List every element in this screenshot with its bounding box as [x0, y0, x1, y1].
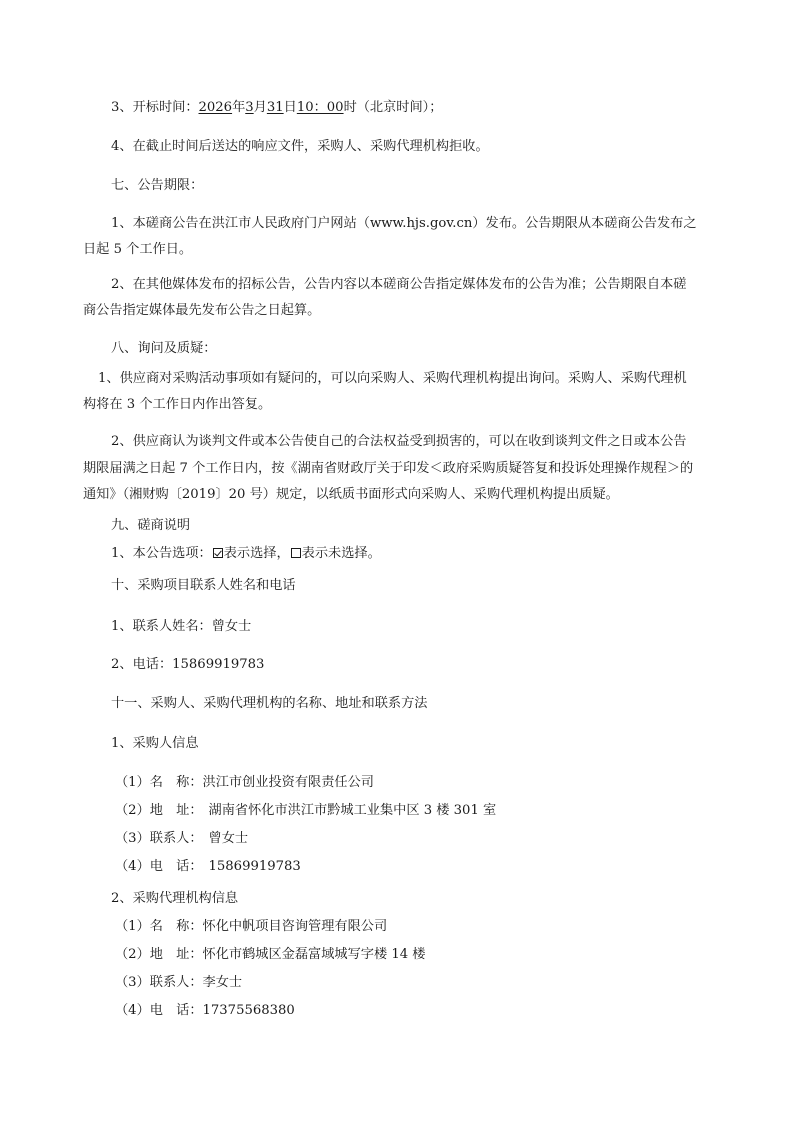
- agency-address-row: （2）地 址：怀化市鹤城区金磊富域城写字楼 14 楼: [115, 947, 426, 963]
- section-heading-announcement-period: 七、公告期限：: [111, 178, 203, 194]
- agency-name-label: （1）名 称：: [115, 919, 203, 934]
- announcement-period-item2-line1: 2、在其他媒体发布的招标公告，公告内容以本磋商公告指定媒体发布的公告为准；公告期…: [111, 277, 686, 293]
- purchaser-contact: 曾女士: [209, 831, 249, 846]
- unchecked-meaning: 表示未选择。: [302, 546, 381, 561]
- document-page: 3、开标时间：2026年3月31日10：00时（北京时间）； 4、在截止时间后送…: [0, 0, 793, 1122]
- year-unit: 年: [232, 100, 245, 115]
- purchaser-contact-row: （3）联系人：曾女士: [115, 831, 248, 847]
- agency-phone-label: （4）电 话：: [115, 1003, 203, 1018]
- purchaser-phone: 15869919783: [209, 859, 301, 874]
- inquiry-item2-line3: 通知》（湘财购〔2019〕20 号）规定，以纸质书面形式向采购人、采购代理机构提…: [83, 487, 619, 503]
- agency-contact: 李女士: [203, 975, 243, 990]
- option-legend-label: 1、本公告选项：: [111, 546, 212, 561]
- bid-opening-label: 3、开标时间：: [111, 100, 199, 115]
- inquiry-item1-line1: 1、供应商对采购活动事项如有疑问的，可以向采购人、采购代理机构提出询问。采购人、…: [98, 371, 687, 387]
- late-submission-rule: 4、在截止时间后送达的响应文件，采购人、采购代理机构拒收。: [111, 139, 489, 155]
- agency-contact-row: （3）联系人：李女士: [115, 975, 242, 991]
- checked-box-icon: [213, 548, 223, 558]
- day-unit: 日: [284, 100, 297, 115]
- purchaser-address: 湖南省怀化市洪江市黔城工业集中区 3 楼 301 室: [209, 803, 497, 818]
- bid-opening-hour: 10：00: [297, 100, 344, 115]
- agency-address: 怀化市鹤城区金磊富域城写字楼 14 楼: [203, 947, 426, 962]
- purchaser-info-title: 1、采购人信息: [111, 736, 199, 752]
- announcement-period-item2-line2: 商公告指定媒体最先发布公告之日起算。: [83, 303, 320, 319]
- purchaser-address-row: （2）地 址：湖南省怀化市洪江市黔城工业集中区 3 楼 301 室: [115, 803, 496, 819]
- unchecked-box-icon: [291, 548, 301, 558]
- announcement-period-item1-line2: 日起 5 个工作日。: [83, 242, 192, 258]
- project-contact-name: 1、联系人姓名：曾女士: [111, 619, 251, 635]
- purchaser-phone-label: （4）电 话：: [115, 859, 203, 874]
- section-heading-project-contact: 十、采购项目联系人姓名和电话: [111, 578, 296, 594]
- bid-opening-day: 31: [267, 100, 284, 115]
- purchaser-address-label: （2）地 址：: [115, 803, 203, 818]
- bid-opening-month: 3: [245, 100, 253, 115]
- project-contact-phone: 2、电话：15869919783: [111, 657, 264, 673]
- agency-name: 怀化中帆项目咨询管理有限公司: [203, 919, 388, 934]
- agency-contact-label: （3）联系人：: [115, 975, 203, 990]
- agency-phone: 17375568380: [203, 1003, 295, 1018]
- inquiry-item2-line2: 期限届满之日起 7 个工作日内，按《湖南省财政厅关于印发＜政府采购质疑答复和投诉…: [83, 461, 693, 477]
- bid-opening-time: 3、开标时间：2026年3月31日10：00时（北京时间）；: [111, 100, 442, 116]
- purchaser-name-label: （1）名 称：: [115, 775, 203, 790]
- month-unit: 月: [254, 100, 267, 115]
- agency-address-label: （2）地 址：: [115, 947, 203, 962]
- checked-meaning: 表示选择，: [224, 546, 290, 561]
- option-legend: 1、本公告选项：表示选择，表示未选择。: [111, 546, 381, 562]
- inquiry-item1-line2: 构将在 3 个工作日内作出答复。: [83, 397, 271, 413]
- bid-opening-year: 2026: [199, 100, 233, 115]
- purchaser-phone-row: （4）电 话：15869919783: [115, 859, 301, 875]
- section-heading-consultation-notes: 九、磋商说明: [111, 518, 190, 534]
- section-heading-parties-contact: 十一、采购人、采购代理机构的名称、地址和联系方法: [111, 696, 428, 712]
- agency-name-row: （1）名 称：怀化中帆项目咨询管理有限公司: [115, 919, 387, 935]
- announcement-period-item1-line1: 1、本磋商公告在洪江市人民政府门户网站（www.hjs.gov.cn）发布。公告…: [111, 216, 697, 232]
- inquiry-item2-line1: 2、供应商认为谈判文件或本公告使自己的合法权益受到损害的，可以在收到谈判文件之日…: [111, 434, 686, 450]
- purchaser-name: 洪江市创业投资有限责任公司: [203, 775, 374, 790]
- agency-phone-row: （4）电 话：17375568380: [115, 1003, 295, 1019]
- purchaser-name-row: （1）名 称：洪江市创业投资有限责任公司: [115, 775, 374, 791]
- section-heading-inquiry: 八、询问及质疑：: [111, 341, 217, 357]
- agency-info-title: 2、采购代理机构信息: [111, 891, 238, 907]
- bid-opening-suffix: 时（北京时间）；: [344, 100, 443, 115]
- purchaser-contact-label: （3）联系人：: [115, 831, 203, 846]
